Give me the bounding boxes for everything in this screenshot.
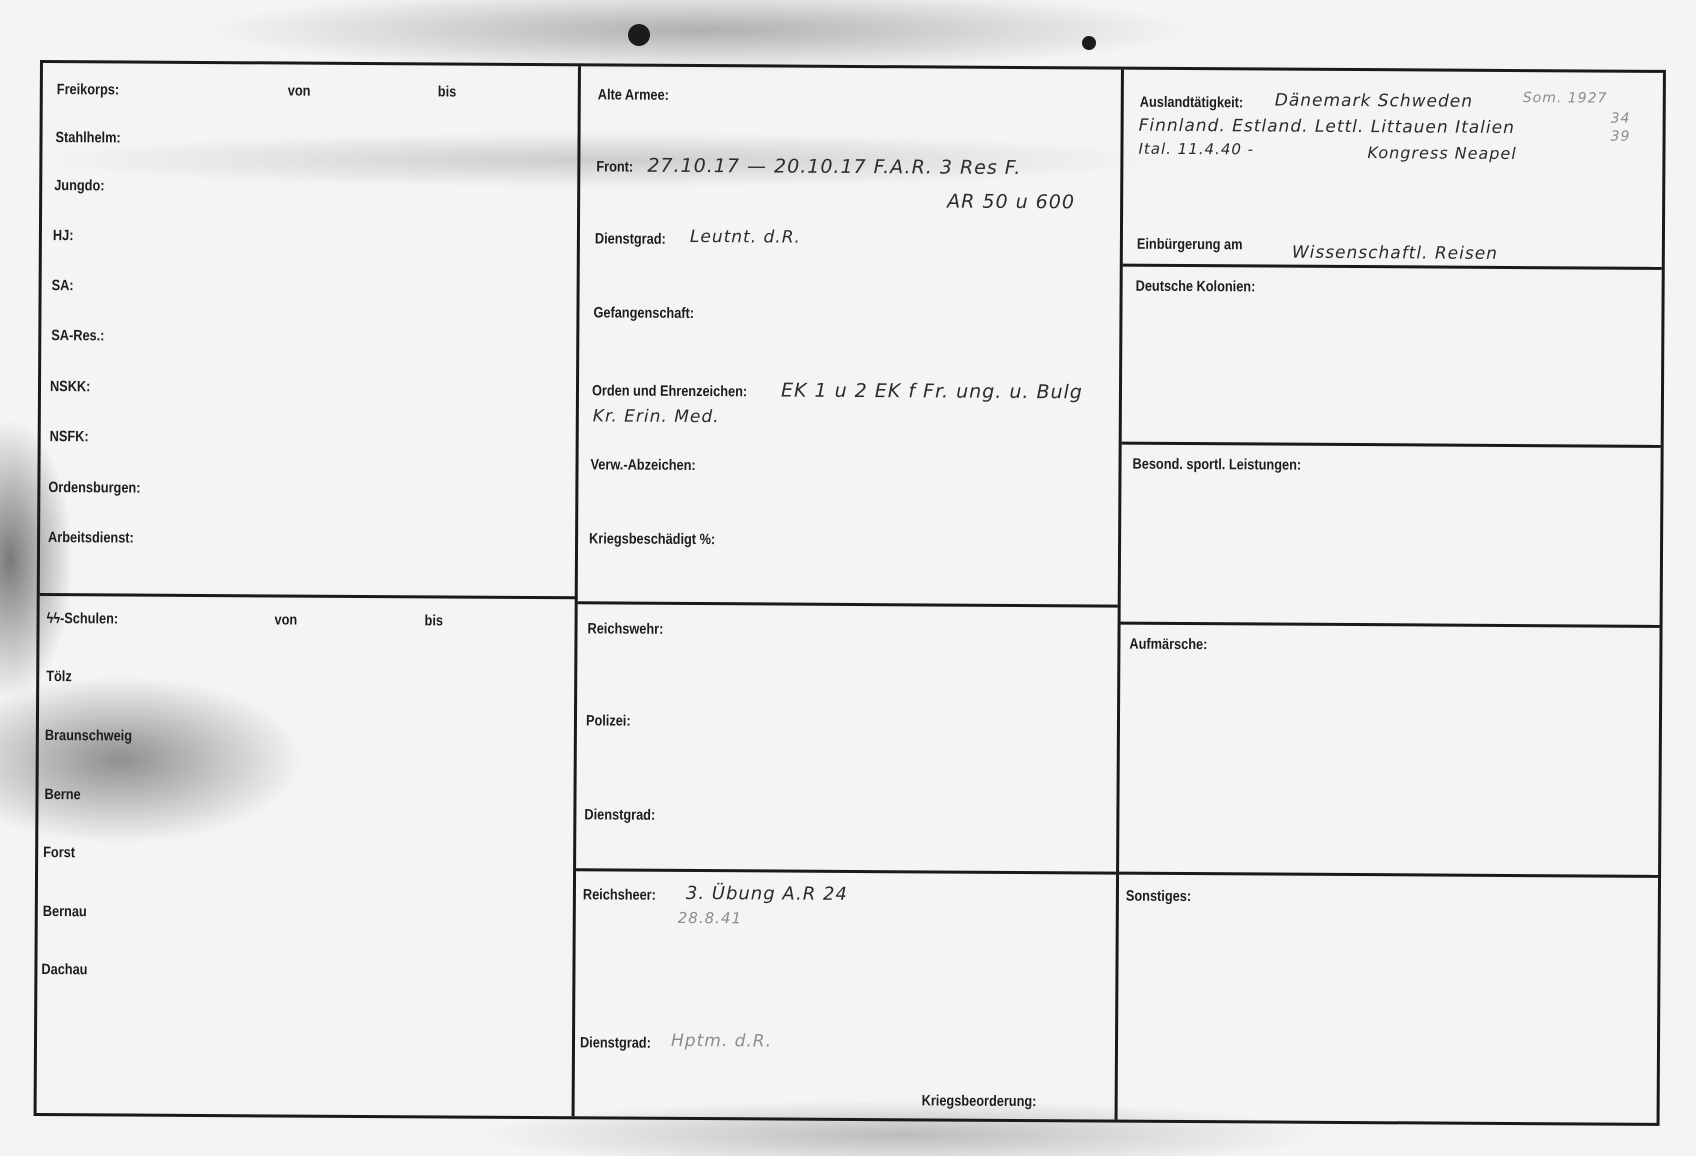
punch-hole [628, 24, 650, 46]
berne-label: Berne [44, 786, 80, 803]
sport-leistungen-label: Besond. sportl. Leistungen: [1132, 456, 1301, 474]
sa-label: SA: [52, 277, 74, 294]
bernau-label: Bernau [43, 903, 87, 920]
reichsheer-label: Reichsheer: [583, 886, 656, 903]
gefangenschaft-label: Gefangenschaft: [593, 304, 694, 322]
ss-schulen-label: ϟϟ-Schulen: [47, 610, 119, 627]
auslandtaetigkeit-value-2: Finnland. Estland. Lettl. Littauen Itali… [1139, 116, 1515, 138]
von-label: von [288, 83, 311, 100]
front-value: 27.10.17 — 20.10.17 F.A.R. 3 Res F. [647, 155, 1021, 179]
von-label: von [275, 611, 298, 628]
auslandtaetigkeit-value-3: Ital. 11.4.40 - [1138, 140, 1254, 159]
dienstgrad-value-3: Hptm. d.R. [671, 1031, 772, 1052]
orden-value-2: Kr. Erin. Med. [593, 406, 720, 427]
sonstiges-label: Sonstiges: [1126, 888, 1191, 905]
section-divider [576, 868, 1116, 874]
dienstgrad-label-2: Dienstgrad: [584, 806, 655, 823]
front-value-2: AR 50 u 600 [947, 191, 1075, 214]
margin-note: 39 [1611, 129, 1631, 145]
freikorps-label: Freikorps: [57, 81, 119, 98]
orden-label: Orden und Ehrenzeichen: [592, 382, 747, 400]
orden-value: EK 1 u 2 EK f Fr. ung. u. Bulg [781, 380, 1083, 404]
scanned-card-page: Freikorps: von bis Stahlhelm: Jungdo: HJ… [0, 0, 1696, 1156]
bis-label: bis [438, 83, 457, 100]
hj-label: HJ: [53, 227, 74, 244]
polizei-label: Polizei: [586, 712, 631, 729]
stahlhelm-label: Stahlhelm: [55, 129, 120, 146]
section-divider [1119, 872, 1658, 878]
margin-note: Som. 1927 [1523, 90, 1608, 107]
margin-note: 34 [1611, 111, 1631, 127]
auslandtaetigkeit-label: Auslandtätigkeit: [1140, 94, 1244, 112]
dienstgrad-label: Dienstgrad: [595, 230, 666, 247]
section-divider [1122, 442, 1661, 448]
einbuergerung-label: Einbürgerung am [1137, 236, 1243, 254]
dienstgrad-value: Leutnt. d.R. [690, 227, 801, 248]
reichsheer-value: 3. Übung A.R 24 [686, 883, 848, 905]
column-divider [572, 66, 581, 1116]
deutsche-kolonien-label: Deutsche Kolonien: [1136, 278, 1256, 296]
column-divider [1115, 70, 1124, 1120]
verw-abzeichen-label: Verw.-Abzeichen: [590, 456, 695, 474]
forst-label: Forst [43, 844, 75, 861]
alte-armee-label: Alte Armee: [598, 86, 669, 103]
aufmaersche-label: Aufmärsche: [1129, 636, 1207, 653]
dachau-label: Dachau [41, 961, 87, 978]
braunschweig-label: Braunschweig [45, 727, 132, 745]
arbeitsdienst-label: Arbeitsdienst: [48, 529, 134, 547]
dienstgrad-label-3: Dienstgrad: [580, 1034, 651, 1051]
section-divider [40, 593, 578, 599]
nskk-label: NSKK: [50, 378, 90, 395]
section-divider [1121, 622, 1660, 628]
nsfk-label: NSFK: [50, 428, 89, 445]
einbuergerung-value: Wissenschaftl. Reisen [1292, 243, 1498, 264]
record-card: Freikorps: von bis Stahlhelm: Jungdo: HJ… [34, 60, 1666, 1126]
sa-res-label: SA-Res.: [51, 327, 104, 344]
ordensburgen-label: Ordensburgen: [48, 479, 140, 497]
reichsheer-date: 28.8.41 [678, 909, 742, 927]
toelz-label: Tölz [46, 668, 72, 685]
jungdo-label: Jungdo: [54, 177, 104, 194]
reichswehr-label: Reichswehr: [587, 620, 663, 637]
auslandtaetigkeit-value-1: Dänemark Schweden [1275, 91, 1473, 112]
kriegsbeschaedigt-label: Kriegsbeschädigt %: [589, 530, 715, 548]
bis-label: bis [425, 612, 444, 629]
punch-hole [1082, 36, 1096, 50]
section-divider [578, 601, 1118, 607]
auslandtaetigkeit-value-3b: Kongress Neapel [1367, 143, 1516, 163]
kriegsbeorderung-label: Kriegsbeorderung: [922, 1092, 1037, 1110]
front-label: Front: [596, 158, 633, 175]
section-divider [1123, 264, 1662, 270]
